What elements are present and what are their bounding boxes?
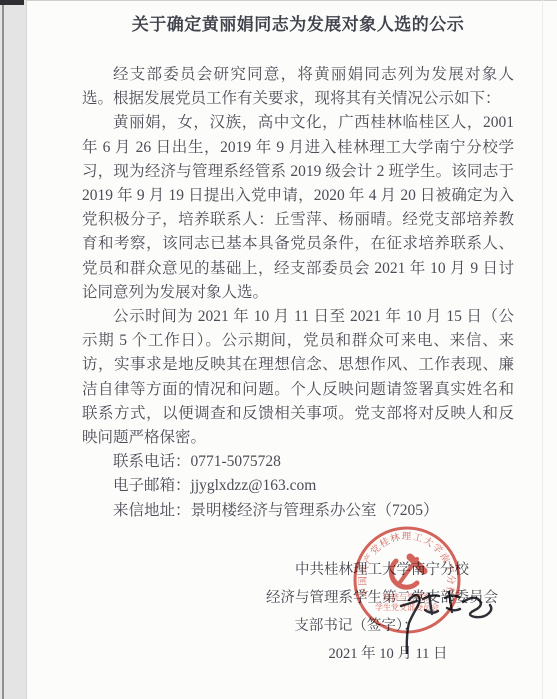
paragraph-intro: 经支部委员会研究同意，将黄丽娟同志列为发展对象人选。根据发展党员工作有关要求，现… [82, 63, 514, 111]
contact-email-label: 电子邮箱： [113, 477, 191, 494]
scanned-document-page: 关于确定黄丽娟同志为发展对象人选的公示 经支部委员会研究同意，将黄丽娟同志列为发… [0, 0, 557, 699]
contact-email-value: jjyglxdzz@163.com [191, 477, 317, 494]
contact-address-label: 来信地址： [113, 502, 191, 519]
scan-right-line [542, 0, 543, 699]
org-name-line2: 经济与管理系学生第二党支部委员会 [252, 584, 512, 612]
paragraph-publicity-period: 公示时间为 2021 年 10 月 11 日至 2021 年 10 月 15 日… [82, 305, 514, 450]
page-title: 关于确定黄丽娟同志为发展对象人选的公示 [82, 12, 514, 37]
scan-left-strip [0, 0, 27, 699]
scan-left-line [2, 0, 4, 699]
document-content: 关于确定黄丽娟同志为发展对象人选的公示 经支部委员会研究同意，将黄丽娟同志列为发… [82, 0, 514, 523]
contact-address: 来信地址：景明楼经济与管理系办公室（7205） [82, 499, 514, 523]
signer-label: 支部书记（签字）： [226, 612, 486, 640]
signature-block: 中共桂林理工大学南宁分校 经济与管理系学生第二党支部委员会 支部书记（签字）： … [252, 556, 512, 668]
contact-phone-label: 联系电话： [113, 453, 191, 470]
contact-phone: 联系电话：0771-5075728 [82, 450, 514, 474]
scan-corner-mark [0, 0, 24, 5]
signature-date: 2021 年 10 月 11 日 [252, 640, 512, 668]
contact-phone-value: 0771-5075728 [191, 453, 281, 470]
contact-email: 电子邮箱：jjyglxdzz@163.com [82, 474, 514, 498]
paragraph-candidate-info: 黄丽娟，女，汉族，高中文化，广西桂林临桂区人，2001 年 6 月 26 日出生… [82, 111, 514, 305]
document-body: 经支部委员会研究同意，将黄丽娟同志列为发展对象人选。根据发展党员工作有关要求，现… [82, 63, 514, 523]
contact-address-value: 景明楼经济与管理系办公室（7205） [191, 502, 439, 519]
org-name-line1: 中共桂林理工大学南宁分校 [252, 556, 512, 584]
